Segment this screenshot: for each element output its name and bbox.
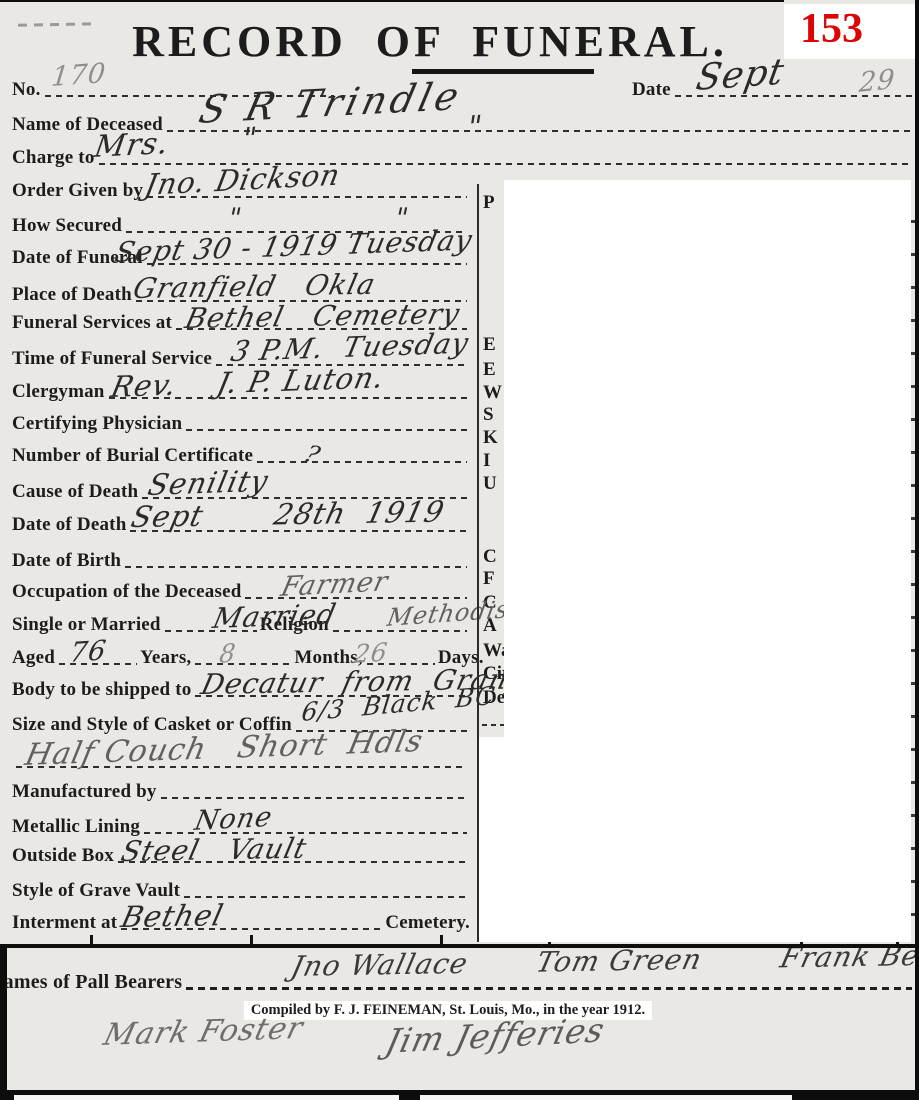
field-label: No. <box>12 79 41 100</box>
overlay-partial-label: W <box>483 382 502 404</box>
field-label: Manufactured by <box>12 781 157 802</box>
handwritten-date-day: 29 <box>858 64 896 99</box>
field-label: Charge to <box>12 147 95 168</box>
field-occupation: Occupation of the Deceased <box>12 579 470 602</box>
bottom-scan-strip <box>0 1095 919 1100</box>
page-number: 153 <box>800 5 863 53</box>
handwritten-date: Sept <box>693 51 788 99</box>
field-label: Cause of Death <box>12 481 138 502</box>
field-number-of-burial-certificate: Number of Burial Certificate <box>12 443 470 466</box>
top-edge <box>0 0 784 2</box>
dotted-line <box>257 461 467 463</box>
left-edge <box>0 944 7 1100</box>
field-label: Number of Burial Certificate <box>12 445 253 466</box>
overlay-partial-label: S <box>483 404 494 426</box>
overlay-partial-label: U <box>483 473 497 495</box>
field-label: Aged <box>12 647 55 668</box>
dotted-line <box>161 797 467 799</box>
field-label: How Secured <box>12 215 122 236</box>
handwritten-date-of-death: Sept 28th 1919 <box>128 494 448 534</box>
dotted-line <box>195 663 291 665</box>
overlay-partial-label: E <box>483 359 496 381</box>
redaction-overlay <box>504 180 911 942</box>
dotted-line <box>125 566 467 568</box>
field-label: Outside Box <box>12 845 114 866</box>
field-style-of-grave-vault: Style of Grave Vault <box>12 878 470 901</box>
column-divider-rule <box>477 184 479 942</box>
handwritten-outside-box: Steel Vault <box>118 832 310 868</box>
field-label: Cemetery. <box>385 912 470 933</box>
handwritten-cause-of-death: Senility <box>145 464 272 502</box>
field-label: Funeral Services at <box>12 312 172 333</box>
field-manufactured-by: Manufactured by <box>12 779 470 802</box>
field-label: Clergyman <box>12 381 105 402</box>
overlay-partial-label: P <box>483 192 495 214</box>
field-date-of-birth: Date of Birth <box>12 548 470 571</box>
funeral-record-scan: RECORD OF FUNERAL. 153 No. 170 Date Sept… <box>0 0 919 1100</box>
handwritten-aged-years: 76 <box>68 635 109 669</box>
handwritten-extra-name-1: Mark Foster <box>100 1011 307 1053</box>
handwritten-no: 170 <box>50 58 108 93</box>
overlay-partial-label: E <box>483 334 496 356</box>
field-label: Order Given by <box>12 180 143 201</box>
field-label: Time of Funeral Service <box>12 348 212 369</box>
handwritten-aged-months: 8 <box>218 638 238 669</box>
tick-mark <box>90 935 93 944</box>
field-label: Style of Grave Vault <box>12 880 180 901</box>
field-label: Place of Death <box>12 284 132 305</box>
overlay-dash-fragment <box>482 724 506 726</box>
overlay-partial-label: F <box>483 568 495 590</box>
overlay-partial-label: I <box>483 450 490 472</box>
field-label: Date <box>632 79 671 100</box>
field-label: Date of Death <box>12 514 126 535</box>
bottom-strip-segment <box>14 1095 399 1100</box>
field-certifying-physician: Certifying Physician <box>12 411 470 434</box>
field-interment-at: Interment at Cemetery. <box>12 910 470 933</box>
overlay-partial-label: K <box>483 427 498 449</box>
field-label: Metallic Lining <box>12 816 140 837</box>
overlay-partial-label: C <box>483 546 497 568</box>
right-edge <box>915 0 919 1100</box>
section-divider-rule <box>0 944 919 948</box>
field-label: Body to be shipped to <box>12 679 191 700</box>
tick-mark <box>250 935 253 944</box>
field-label: Names of Pall Bearers <box>0 972 182 993</box>
handwritten-married: Married <box>210 597 340 635</box>
field-label: Occupation of the Deceased <box>12 581 241 602</box>
tick-mark <box>440 935 443 944</box>
field-label: Certifying Physician <box>12 413 182 434</box>
handwritten-interment-at: Bethel <box>118 898 227 934</box>
title-underline <box>412 69 594 74</box>
field-label: Single or Married <box>12 614 161 635</box>
field-label: Interment at <box>12 912 117 933</box>
dotted-line <box>186 987 912 990</box>
dotted-line <box>186 429 467 431</box>
field-label: Date of Birth <box>12 550 121 571</box>
bottom-strip-segment <box>420 1095 792 1100</box>
redaction-overlay-extension <box>479 737 509 942</box>
field-label: Years, <box>140 647 191 668</box>
